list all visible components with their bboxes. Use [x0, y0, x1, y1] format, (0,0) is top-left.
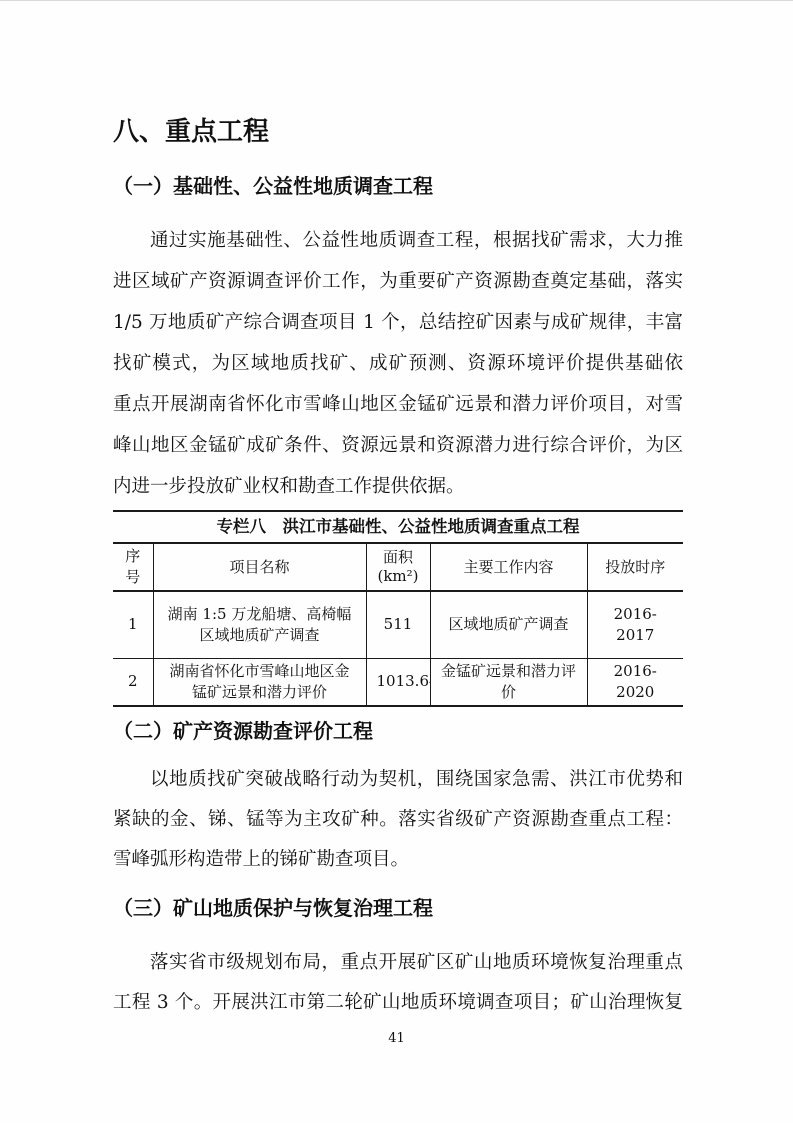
table-title: 专栏八 洪江市基础性、公益性地质调查重点工程: [113, 512, 683, 543]
section-1-heading: （一）基础性、公益性地质调查工程: [113, 171, 683, 201]
table-grid: 序号 项目名称 面积 (km²) 主要工作内容 投放时序 1 湖南 1:5 万龙…: [113, 543, 683, 705]
paragraph-line: 峰山地区金锰矿成矿条件、资源远景和资源潜力进行综合评价，为区: [113, 425, 683, 466]
column-header-area-label: 面积: [377, 548, 420, 567]
page-title: 八、重点工程: [113, 115, 683, 149]
cell-work-content: 区域地质矿产调查: [430, 591, 587, 658]
cell-project-name: 湖南省怀化市雪峰山地区金锰矿远景和潜力评价: [153, 658, 366, 705]
column-header-area-unit: (km²): [377, 567, 420, 586]
column-header-area: 面积 (km²): [366, 544, 430, 592]
cell-seq: 2: [113, 658, 153, 705]
cell-area: 1013.64: [366, 658, 430, 705]
table-row: 1 湖南 1:5 万龙船塘、高椅幅区域地质矿产调查 511 区域地质矿产调查 2…: [113, 591, 683, 658]
cell-seq: 1: [113, 591, 153, 658]
column-header-schedule: 投放时序: [587, 544, 683, 592]
paragraph-line: 紧缺的金、锑、锰等为主攻矿种。落实省级矿产资源勘查重点工程：: [113, 800, 683, 840]
section-3-paragraph: 落实省市级规划布局，重点开展矿区矿山地质环境恢复治理重点 工程 3 个。开展洪江…: [113, 943, 683, 1023]
paragraph-line: 落实省市级规划布局，重点开展矿区矿山地质环境恢复治理重点: [113, 943, 683, 983]
section-2-paragraph: 以地质找矿突破战略行动为契机，围绕国家急需、洪江市优势和 紧缺的金、锑、锰等为主…: [113, 760, 683, 880]
paragraph-line: 重点开展湖南省怀化市雪峰山地区金锰矿远景和潜力评价项目，对雪: [113, 384, 683, 425]
paragraph-line: 雪峰弧形构造带上的锑矿勘查项目。: [113, 840, 683, 880]
cell-area: 511: [366, 591, 430, 658]
paragraph-line: 内进一步投放矿业权和勘查工作提供依据。: [113, 466, 683, 507]
paragraph-line: 1/5 万地质矿产综合调查项目 1 个，总结控矿因素与成矿规律，丰富: [113, 302, 683, 343]
cell-work-content: 金锰矿远景和潜力评价: [430, 658, 587, 705]
page-number: 41: [0, 1031, 793, 1046]
paragraph-line: 通过实施基础性、公益性地质调查工程，根据找矿需求，大力推: [113, 220, 683, 261]
column-header-seq: 序号: [113, 544, 153, 592]
cell-schedule: 2016-2017: [587, 591, 683, 658]
paragraph-line: 找矿模式，为区域地质找矿、成矿预测、资源环境评价提供基础依据；: [113, 343, 683, 384]
cell-schedule: 2016-2020: [587, 658, 683, 705]
column-header-work-content: 主要工作内容: [430, 544, 587, 592]
section-3-heading: （三）矿山地质保护与恢复治理工程: [113, 893, 683, 923]
paragraph-line: 以地质找矿突破战略行动为契机，围绕国家急需、洪江市优势和: [113, 760, 683, 800]
section-2-heading: （二）矿产资源勘查评价工程: [113, 716, 683, 746]
document-page: 八、重点工程 （一）基础性、公益性地质调查工程 通过实施基础性、公益性地质调查工…: [0, 0, 793, 1123]
table-row: 2 湖南省怀化市雪峰山地区金锰矿远景和潜力评价 1013.64 金锰矿远景和潜力…: [113, 658, 683, 705]
table-header-row: 序号 项目名称 面积 (km²) 主要工作内容 投放时序: [113, 544, 683, 592]
key-projects-table: 专栏八 洪江市基础性、公益性地质调查重点工程 序号 项目名称 面积 (km²) …: [113, 510, 683, 707]
column-header-project-name: 项目名称: [153, 544, 366, 592]
paragraph-line: 工程 3 个。开展洪江市第二轮矿山地质环境调查项目；矿山治理恢复: [113, 983, 683, 1023]
paragraph-line: 进区域矿产资源调查评价工作，为重要矿产资源勘查奠定基础，落实: [113, 261, 683, 302]
cell-project-name: 湖南 1:5 万龙船塘、高椅幅区域地质矿产调查: [153, 591, 366, 658]
section-1-paragraph: 通过实施基础性、公益性地质调查工程，根据找矿需求，大力推 进区域矿产资源调查评价…: [113, 220, 683, 507]
